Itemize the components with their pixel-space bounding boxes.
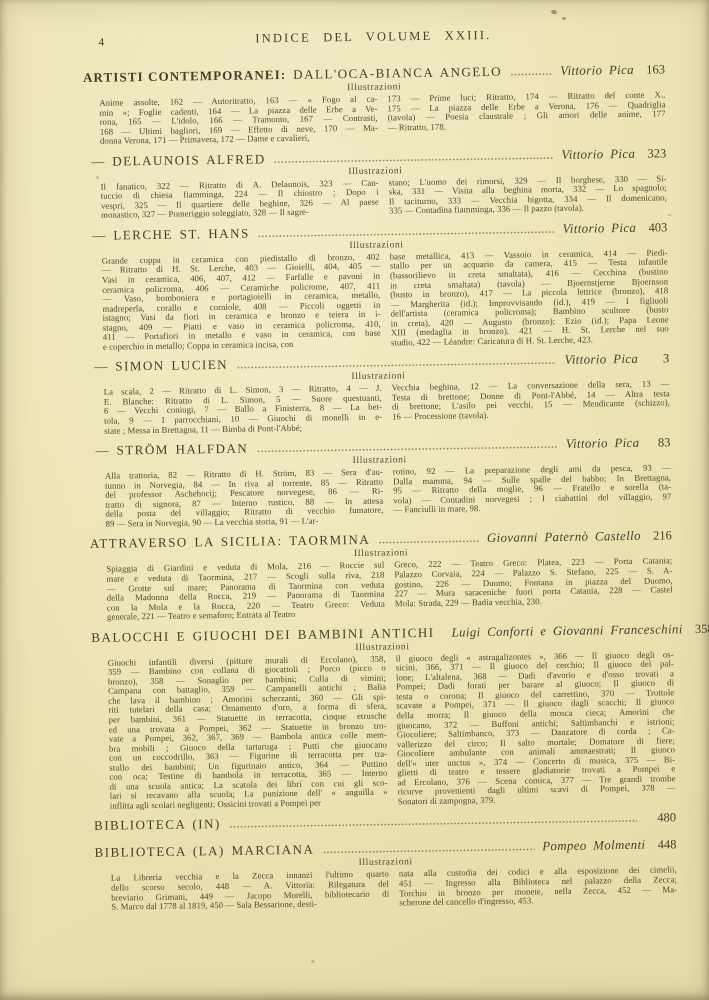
illustration-columns: Giuochi infantili diversi (pitture mural… (108, 650, 676, 811)
column-left: La scala, 2 — Ritratto di L. Simon, 3 — … (104, 384, 383, 436)
entry-author: Vittorio Pica (561, 147, 635, 163)
scanned-page: 4 INDICE DEL VOLUME XXIII. ARTISTI CONTE… (0, 0, 709, 1000)
illustration-columns: La scala, 2 — Ritratto di L. Simon, 3 — … (104, 380, 671, 436)
index-entry: — SIMON LUCIEN Vittorio Pica 3 Illustraz… (87, 351, 670, 436)
index-entry: BIBLIOTECA (IN) 480 (94, 810, 676, 834)
index-entries: ARTISTI CONTEMPORANEI: DALL'OCA-BIANCA A… (83, 61, 677, 912)
column-right: Vecchia beghina, 12 — La conversazione d… (392, 380, 671, 432)
dotted-leader (323, 849, 534, 854)
entry-title-bold: ARTISTI CONTEMPORANEI: (83, 67, 286, 86)
entry-page-number: 323 (644, 146, 666, 161)
entry-title: SIMON LUCIEN (115, 357, 228, 375)
entry-heading: BIBLIOTECA (IN) 480 (94, 810, 676, 834)
column-right: stano; L'uomo dei rimorsi, 329 — Il borg… (389, 174, 668, 216)
illustration-columns: Grande coppa in ceramica con piedistallo… (102, 248, 669, 352)
illustration-columns: Spiaggia di Giardini e veduta di Mola, 2… (106, 557, 673, 623)
entry-page-number: 163 (643, 62, 665, 77)
column-left: Grande coppa in ceramica con piedistallo… (102, 253, 381, 353)
entry-author: Giovanni Paternò Castello (487, 529, 641, 546)
entry-author: Vittorio Pica (562, 221, 636, 237)
index-entry: — LERCHE ST. HANS Vittorio Pica 403 Illu… (85, 219, 669, 352)
entry-title: DALL'OCA-BIANCA ANGELO (293, 64, 502, 83)
entry-dash: — (92, 228, 105, 244)
dotted-leader (379, 541, 479, 544)
column-right: il giuoco degli « astragalizontes », 366… (396, 650, 676, 807)
scan-artifact (668, 214, 671, 216)
entry-page-number: 448 (654, 838, 676, 853)
scan-artifact (562, 17, 566, 20)
index-entry: BALOCCHI E GIUOCHI DEI BAMBINI ANTICHI L… (91, 621, 676, 811)
index-entry: — STRÖM HALFDAN Vittorio Pica 83 Illustr… (88, 434, 671, 529)
illustration-columns: Alla trattoria, 82 — Ritratto di H. Strö… (105, 463, 672, 529)
column-right: rotino, 92 — La preparazione degli ami d… (393, 463, 672, 524)
page-header: 4 INDICE DEL VOLUME XXIII. (82, 25, 664, 49)
entry-page-number: 216 (650, 529, 672, 544)
column-left: Il fanatico, 322 — Ritratto di A. Delaun… (101, 178, 380, 220)
entry-title: DELAUNOIS ALFRED (112, 151, 266, 169)
entry-author: Pompeo Molmenti (542, 838, 645, 855)
column-right: base metallica, 413 — Vassoio in ceramic… (390, 248, 669, 348)
column-right: nata alla custodia dei codici e alla esp… (399, 866, 678, 908)
entry-page-number: 358 (692, 621, 709, 636)
entry-page-number: 480 (654, 811, 676, 826)
entry-dash: — (91, 153, 104, 169)
entry-title: LERCHE ST. HANS (113, 225, 250, 243)
entry-title: BIBLIOTECA (LA) MARCIANA (94, 842, 314, 861)
entry-title: STRÖM HALFDAN (116, 441, 248, 459)
scan-artifact (311, 960, 315, 963)
dotted-leader (259, 231, 555, 237)
dotted-leader (275, 157, 554, 163)
dotted-leader (511, 73, 552, 76)
entry-title: BIBLIOTECA (IN) (94, 816, 221, 834)
column-right: 173 — Prime luci; Ritratto, 174 — Ritrat… (387, 90, 666, 142)
column-right: Greco, 222 — Teatro Greco: Platea, 223 —… (394, 557, 673, 618)
page-content: 4 INDICE DEL VOLUME XXIII. ARTISTI CONTE… (0, 0, 709, 921)
illustration-columns: Il fanatico, 322 — Ritratto di A. Delaun… (101, 174, 668, 221)
entry-author: Vittorio Pica (564, 352, 638, 368)
entry-author: Vittorio Pica (566, 436, 640, 452)
entry-author: Vittorio Pica (560, 63, 634, 79)
illustration-columns: Anime assolte, 162 — Autoritratto, 163 —… (99, 90, 666, 146)
dotted-leader (230, 820, 637, 828)
entry-page-number: 83 (648, 435, 670, 450)
column-left: Giuochi infantili diversi (pitture mural… (108, 654, 388, 811)
index-entry: ATTRAVERSO LA SICILIA: TAORMINA Giovanni… (90, 528, 673, 623)
index-entry: — DELAUNOIS ALFRED Vittorio Pica 323 Ill… (84, 145, 667, 221)
column-left: Alla trattoria, 82 — Ritratto di H. Strö… (105, 468, 384, 529)
dotted-leader (257, 446, 558, 452)
index-entry: ARTISTI CONTEMPORANEI: DALL'OCA-BIANCA A… (83, 61, 666, 146)
illustration-columns: La Libreria vecchia e la Zecca innanzi l… (111, 866, 678, 913)
entry-dash: — (94, 359, 107, 375)
entry-page-number: 403 (645, 220, 667, 235)
index-entry: BIBLIOTECA (LA) MARCIANA Pompeo Molmenti… (94, 837, 677, 913)
page-title: INDICE DEL VOLUME XXIII. (82, 25, 664, 49)
entry-dash: — (95, 443, 108, 459)
entry-page-number: 3 (647, 352, 669, 367)
column-left: Anime assolte, 162 — Autoritratto, 163 —… (99, 95, 378, 147)
scan-artifact (96, 176, 99, 179)
column-left: Spiaggia di Giardini e veduta di Mola, 2… (106, 561, 385, 622)
column-left: La Libreria vecchia e la Zecca innanzi l… (111, 870, 390, 912)
